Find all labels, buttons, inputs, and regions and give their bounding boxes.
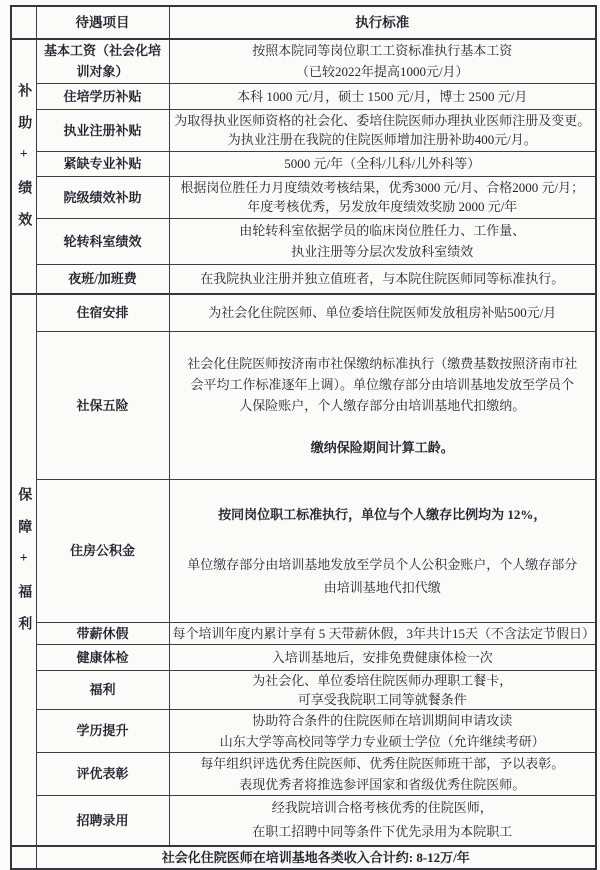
group-label: 保障+福利: [13, 487, 34, 648]
table-row: 评优表彰 每年组织评选优秀住院医师、优秀住院医师班干部，予以表彰。 表现优秀者将…: [11, 752, 596, 795]
standard-cell: 每年组织评选优秀住院医师、优秀住院医师班干部，予以表彰。 表现优秀者将推选参评国…: [169, 752, 596, 795]
standard-text: 单位缴存部分由培训基地发放至学员个人公积金账户，个人缴存部分 由培训基地代扣代缴: [173, 553, 593, 599]
table-row: 学历提升 协助符合条件的住院医师在培训期间申请攻读 山东大学等高校同等学力专业硕…: [11, 709, 596, 752]
standard-cell: 为取得执业医师资格的社会化、委培住院医师办理执业医师注册及变更。 为执业注册在我…: [169, 109, 596, 151]
standard-cell: 社会化住院医师按济南市社保缴纳标准执行（缴费基数按照济南市社 会平均工作标准逐年…: [169, 331, 596, 479]
standard-cell: 入培训基地后，安排免费健康体检一次: [169, 644, 596, 670]
standard-cell: 为社会化、单位委培住院医师办理职工餐卡， 可享受我院职工同等就餐条件: [169, 670, 596, 709]
footer-row: 社会化住院医师在培训基地各类收入合计约: 8-12万/年: [11, 846, 596, 869]
item-cell: 招聘录用: [36, 795, 169, 846]
item-cell: 基本工资（社会化培训对象）: [36, 39, 169, 83]
standard-cell: 按同岗位职工标准执行，单位与个人缴存比例均为 12%， 单位缴存部分由培训基地发…: [169, 479, 596, 622]
group-label: 补助+绩效: [13, 83, 34, 244]
standard-cell: 为社会化住院医师、单位委培住院医师发放租房补贴500元/月: [169, 294, 596, 331]
group-cell-subsidy-performance: 补助+绩效: [11, 39, 36, 294]
item-cell: 轮转科室绩效: [36, 218, 169, 264]
footer-total-cell: 社会化住院医师在培训基地各类收入合计约: 8-12万/年: [36, 846, 596, 869]
table-row: 夜班/加班费 在我院执业注册并独立值班者，与本院住院医师同等标准执行。: [11, 264, 596, 294]
standard-column-header: 执行标准: [169, 6, 596, 39]
standard-cell: 5000 元/年（全科/儿科/儿外科等）: [169, 151, 596, 176]
item-cell: 夜班/加班费: [36, 264, 169, 294]
standard-text: 社会化住院医师按济南市社保缴纳标准执行（缴费基数按照济南市社 会平均工作标准逐年…: [173, 353, 593, 416]
standard-cell: 根据岗位胜任力月度绩效考核结果，优秀3000 元/月、合格2000 元/月； 年…: [169, 176, 596, 218]
item-cell: 福利: [36, 670, 169, 709]
item-cell: 评优表彰: [36, 752, 169, 795]
benefits-table: 待遇项目 执行标准 补助+绩效 基本工资（社会化培训对象） 按照本院同等岗位职工…: [10, 5, 597, 870]
group-cell-security-welfare: 保障+福利: [11, 294, 36, 846]
standard-cell: 协助符合条件的住院医师在培训期间申请攻读 山东大学等高校同等学力专业硕士学位（允…: [169, 709, 596, 752]
item-cell: 住宿安排: [36, 294, 169, 331]
item-cell: 住房公积金: [36, 479, 169, 622]
table-row: 住培学历补贴 本科 1000 元/月，硕士 1500 元/月，博士 2500 元…: [11, 83, 596, 109]
standard-cell: 在我院执业注册并独立值班者，与本院住院医师同等标准执行。: [169, 264, 596, 294]
item-column-header: 待遇项目: [36, 6, 169, 39]
table-row: 保障+福利 住宿安排 为社会化住院医师、单位委培住院医师发放租房补贴500元/月: [11, 294, 596, 331]
standard-cell: 本科 1000 元/月，硕士 1500 元/月，博士 2500 元/月: [169, 83, 596, 109]
table-row: 院级绩效补助 根据岗位胜任力月度绩效考核结果，优秀3000 元/月、合格2000…: [11, 176, 596, 218]
item-cell: 健康体检: [36, 644, 169, 670]
table-row: 补助+绩效 基本工资（社会化培训对象） 按照本院同等岗位职工工资标准执行基本工资…: [11, 39, 596, 83]
table-row: 招聘录用 经我院培训合格考核优秀的住院医师， 在职工招聘中同等条件下优先录用为本…: [11, 795, 596, 846]
standard-cell: 经我院培训合格考核优秀的住院医师， 在职工招聘中同等条件下优先录用为本院职工: [169, 795, 596, 846]
standard-cell: 每个培训年度内累计享有 5 天带薪休假，3年共计15天（不含法定节假日）: [169, 622, 596, 644]
header-row: 待遇项目 执行标准: [11, 6, 596, 39]
item-cell: 执业注册补贴: [36, 109, 169, 151]
table-row: 健康体检 入培训基地后，安排免费健康体检一次: [11, 644, 596, 670]
table-row: 带薪休假 每个培训年度内累计享有 5 天带薪休假，3年共计15天（不含法定节假日…: [11, 622, 596, 644]
item-cell: 院级绩效补助: [36, 176, 169, 218]
item-cell: 学历提升: [36, 709, 169, 752]
item-cell: 社保五险: [36, 331, 169, 479]
table-row: 轮转科室绩效 由轮转科室依据学员的临床岗位胜任力、工作量、 执业注册等分层次发放…: [11, 218, 596, 264]
standard-text-bold: 缴纳保险期间计算工龄。: [173, 437, 593, 458]
empty-corner-cell: [11, 6, 36, 39]
item-cell: 带薪休假: [36, 622, 169, 644]
table-row: 社保五险 社会化住院医师按济南市社保缴纳标准执行（缴费基数按照济南市社 会平均工…: [11, 331, 596, 479]
standard-cell: 由轮转科室依据学员的临床岗位胜任力、工作量、 执业注册等分层次发放科室绩效: [169, 218, 596, 264]
item-cell: 紧缺专业补贴: [36, 151, 169, 176]
table-row: 福利 为社会化、单位委培住院医师办理职工餐卡， 可享受我院职工同等就餐条件: [11, 670, 596, 709]
item-cell: 住培学历补贴: [36, 83, 169, 109]
table-row: 紧缺专业补贴 5000 元/年（全科/儿科/儿外科等）: [11, 151, 596, 176]
table-row: 执业注册补贴 为取得执业医师资格的社会化、委培住院医师办理执业医师注册及变更。 …: [11, 109, 596, 151]
table-row: 住房公积金 按同岗位职工标准执行，单位与个人缴存比例均为 12%， 单位缴存部分…: [11, 479, 596, 622]
empty-footer-cell: [11, 846, 36, 869]
standard-cell: 按照本院同等岗位职工工资标准执行基本工资 （已较2022年提高1000元/月）: [169, 39, 596, 83]
standard-text-bold: 按同岗位职工标准执行，单位与个人缴存比例均为 12%，: [173, 503, 593, 526]
